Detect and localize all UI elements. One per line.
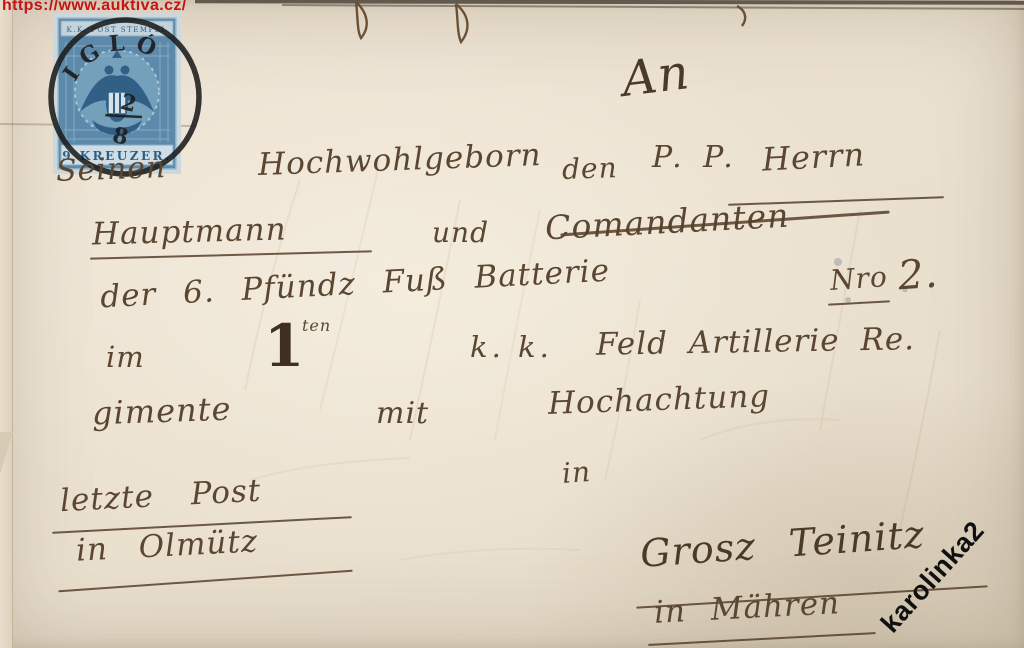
addr-line4-ordinal: ten	[302, 316, 331, 335]
postmark-date-day: 2	[118, 89, 139, 118]
addr-line3-w2: Nro	[829, 260, 889, 297]
addr-line1-w1: Seinen	[55, 150, 166, 189]
postmark-date-month: 8	[110, 122, 131, 151]
addr-line3-w3: 2.	[896, 251, 939, 300]
addr-line5-w2: mit	[376, 396, 429, 431]
addr-line4-numeral: 1	[264, 312, 305, 380]
addr-line2-w1: Hauptmann	[92, 211, 287, 252]
addr-line1-w4: P. P.	[652, 140, 739, 175]
addr-line2-w2: und	[432, 216, 489, 249]
addr-line4-w1: im	[106, 340, 145, 374]
addr-line5-w1: gimente	[91, 390, 232, 433]
addr-line1-w5: Herrn	[761, 135, 866, 178]
letter-cover-scan: https://www.auktiva.cz/	[0, 0, 1024, 648]
salutation: An	[619, 44, 693, 108]
postmark-date: 2 8	[98, 86, 147, 153]
addr-line4-w3: Feld Artillerie Re.	[596, 321, 916, 363]
addr-line1-w3: den	[561, 151, 618, 186]
addr-connector: in	[561, 455, 592, 490]
addr-line4-w2: k. k.	[470, 330, 553, 364]
